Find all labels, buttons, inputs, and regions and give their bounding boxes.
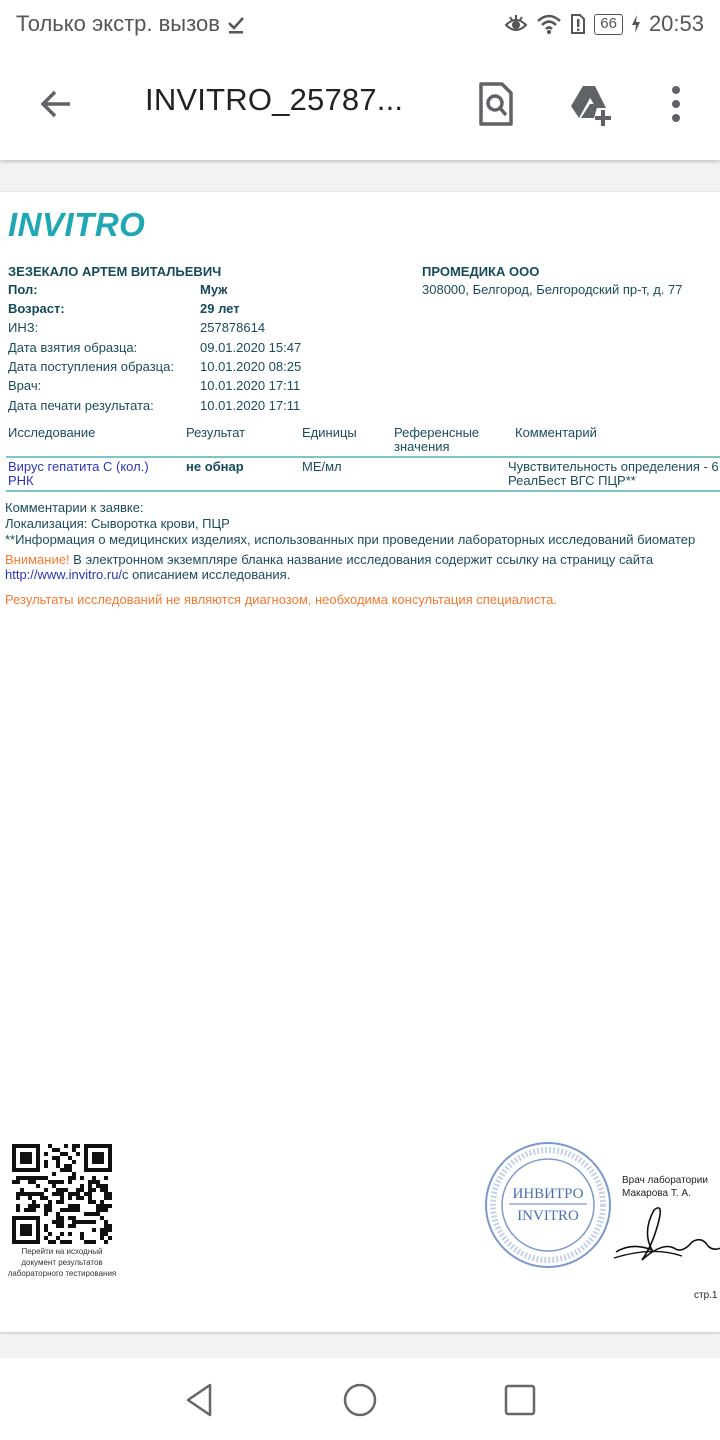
info-label: Дата печати результата: [8,398,154,413]
info-value: Муж [200,282,227,297]
info-label: Возраст: [8,301,65,316]
info-value: 10.01.2020 17:11 [200,378,300,393]
result-value: не обнар [186,460,244,474]
footnote: **Информация о медицинских изделиях, исп… [5,532,695,547]
system-nav-bar [0,1358,720,1440]
table-divider [6,456,720,458]
page-number: стр.1 [694,1290,717,1301]
qr-caption: Перейти на исходный документ результатов… [4,1246,120,1279]
more-vert-icon[interactable] [654,80,698,128]
charging-icon [631,14,641,34]
order-comments-header: Комментарии к заявке: [5,500,144,515]
carrier-text: Только экстр. вызов [16,11,220,37]
back-arrow-icon[interactable] [36,84,76,124]
info-value: 257878614 [200,320,265,335]
home-circle-icon[interactable] [340,1380,380,1420]
invitro-site-link[interactable]: http://www.invitro.ru/ [5,567,122,582]
doctor-title: Врач лаборатории [622,1174,708,1187]
download-done-icon [226,14,246,34]
link-suffix: с описанием исследования. [122,567,290,582]
lab-address: 308000, Белгород, Белгородский пр-т, д. … [422,282,682,297]
svg-text:ИНВИТРО: ИНВИТРО [512,1186,583,1202]
battery-icon: 66 [594,14,623,35]
pdf-viewer[interactable]: INVITRO ЗЕЗЕКАЛО АРТЕМ ВИТАЛЬЕВИЧ ПРОМЕД… [0,160,720,1358]
info-value: 29 лет [200,301,240,316]
attention-label: Внимание! [5,552,70,567]
patient-name: ЗЕЗЕКАЛО АРТЕМ ВИТАЛЬЕВИЧ [8,264,221,279]
lab-stamp: ИНВИТРО INVITRO [483,1140,613,1270]
drive-add-icon[interactable] [568,80,612,128]
info-label: ИНЗ: [8,320,38,335]
column-header-comment: Комментарий [515,426,597,440]
document-title: INVITRO_25787... [145,82,403,118]
qr-code[interactable] [12,1144,112,1244]
disclaimer: Результаты исследований не являются диаг… [5,592,557,607]
site-link-line: http://www.invitro.ru/с описанием исслед… [5,567,290,582]
doctor-name: Макарова Т. А. [622,1187,708,1200]
info-value: 10.01.2020 17:11 [200,398,300,413]
app-bar: INVITRO_25787... [0,52,720,160]
info-label: Врач: [8,378,41,393]
comment-value: Чувствительность определения - 6 МЕ/мл. … [508,460,720,488]
invitro-logo: INVITRO [8,206,145,244]
doctor-signature-block: Врач лаборатории Макарова Т. А. [622,1174,708,1200]
eye-icon [504,13,528,35]
sim-alert-icon [570,13,586,35]
lab-name: ПРОМЕДИКА ООО [422,264,539,279]
info-value: 09.01.2020 15:47 [200,340,301,355]
pdf-page: INVITRO ЗЕЗЕКАЛО АРТЕМ ВИТАЛЬЕВИЧ ПРОМЕД… [0,192,720,1332]
info-label: Дата взятия образца: [8,340,137,355]
back-triangle-icon[interactable] [180,1380,220,1420]
info-label: Пол: [8,282,38,297]
recents-square-icon[interactable] [500,1380,540,1420]
column-header-units: Единицы [302,426,357,440]
wifi-icon [536,13,562,35]
column-header-reference: Референсные значения [394,426,494,454]
attention-note: Внимание! В электронном экземпляре бланк… [5,552,653,567]
column-header-study: Исследование [8,426,95,440]
info-label: Дата поступления образца: [8,359,174,374]
column-header-result: Результат [186,426,245,440]
info-value: 10.01.2020 08:25 [200,359,301,374]
clock: 20:53 [649,11,704,37]
units-value: МЕ/мл [302,460,342,474]
status-bar: Только экстр. вызов 66 20:53 [0,0,720,52]
svg-text:INVITRO: INVITRO [517,1208,579,1224]
table-divider [6,490,720,492]
signature [612,1202,720,1272]
localization-note: Локализация: Сыворотка крови, ПЦР [5,516,230,531]
attention-text: В электронном экземпляре бланка название… [70,552,653,567]
find-in-document-icon[interactable] [474,80,518,128]
study-link[interactable]: Вирус гепатита С (кол.) РНК [8,460,168,488]
